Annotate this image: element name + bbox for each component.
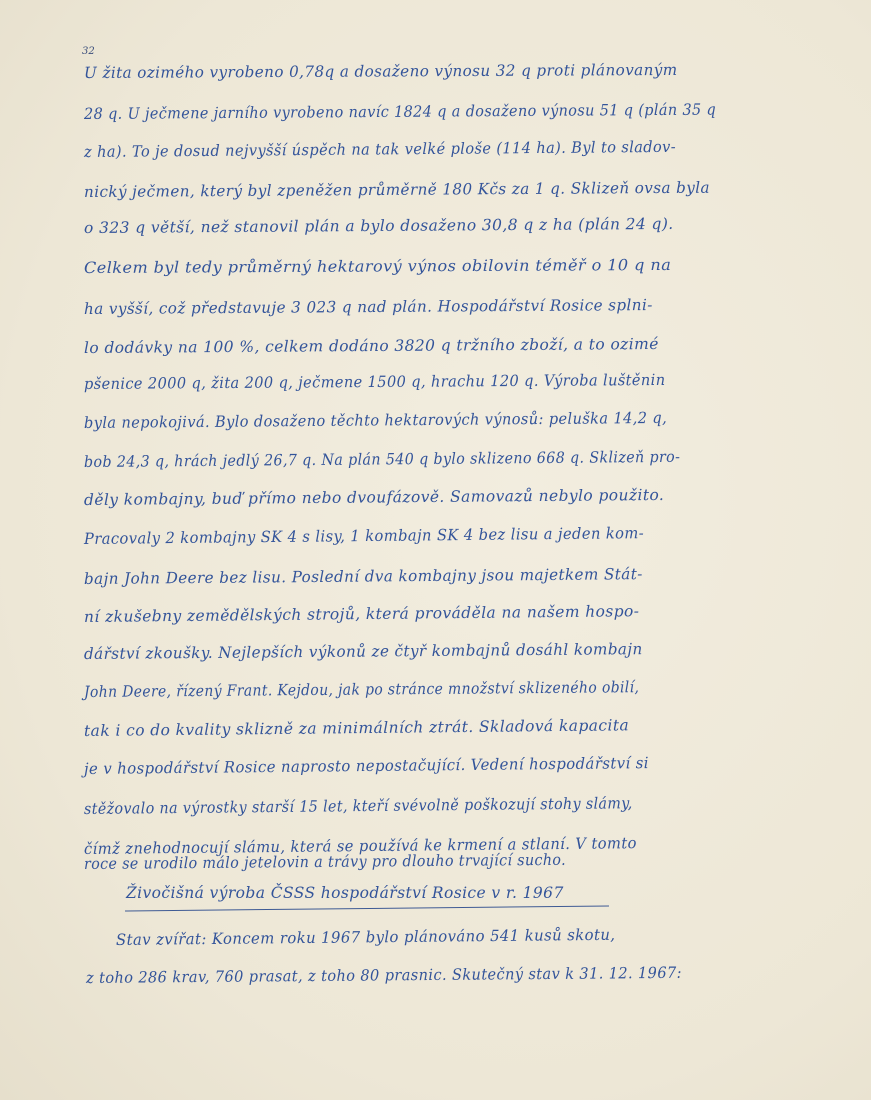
text-line: bob 24,3 q, hrách jedlý 26,7 q. Na plán … — [84, 447, 765, 471]
section-heading: Živočišná výroba ČSSS hospodářství Rosic… — [126, 884, 564, 902]
text-line: pšenice 2000 q, žita 200 q, ječmene 1500… — [84, 370, 780, 393]
text-line: John Deere, řízený Frant. Kejdou, jak po… — [84, 677, 750, 701]
text-line: z toho 286 krav, 760 prasat, z toho 80 p… — [86, 963, 782, 987]
handwritten-page: 32 U žita ozimého vyrobeno 0,78q a dosaž… — [0, 0, 871, 1100]
text-line: lo dodávky na 100 %, celkem dodáno 3820 … — [84, 334, 824, 357]
text-line: byla nepokojivá. Bylo dosaženo těchto he… — [84, 408, 780, 432]
text-line: o 323 q větší, než stanovil plán a bylo … — [84, 214, 824, 237]
text-line: stěžovalo na výrostky starší 15 let, kte… — [84, 793, 765, 818]
text-line: Pracovaly 2 kombajny SK 4 s lisy, 1 komb… — [84, 523, 787, 548]
text-line: bajn John Deere bez lisu. Poslední dva k… — [84, 564, 809, 588]
text-line: děly kombajny, buď přímo nebo dvoufázově… — [84, 485, 824, 509]
text-line: tak i co do kvality sklizně za minimální… — [84, 714, 824, 740]
text-line: 28 q. U ječmene jarního vyrobeno navíc 1… — [84, 100, 772, 123]
heading-underline — [125, 905, 609, 911]
text-line: ní zkušebny zemědělských strojů, která p… — [84, 600, 824, 626]
page-number: 32 — [82, 46, 95, 57]
text-line: z ha). To je dosud nejvyšší úspěch na ta… — [84, 137, 780, 161]
text-line: je v hospodářství Rosice naprosto nepost… — [84, 753, 795, 778]
text-line: ha vyšší, což představuje 3 023 q nad pl… — [84, 295, 809, 318]
text-line: dářství zkoušky. Nejlepších výkonů ze čt… — [84, 639, 809, 663]
text-line: Stav zvířat: Koncem roku 1967 bylo pláno… — [116, 924, 827, 949]
text-line: nický ječmen, který byl zpeněžen průměrn… — [84, 178, 809, 201]
text-line: U žita ozimého vyrobeno 0,78q a dosaženo… — [84, 60, 809, 82]
text-line: Celkem byl tedy průměrný hektarový výnos… — [84, 255, 854, 277]
